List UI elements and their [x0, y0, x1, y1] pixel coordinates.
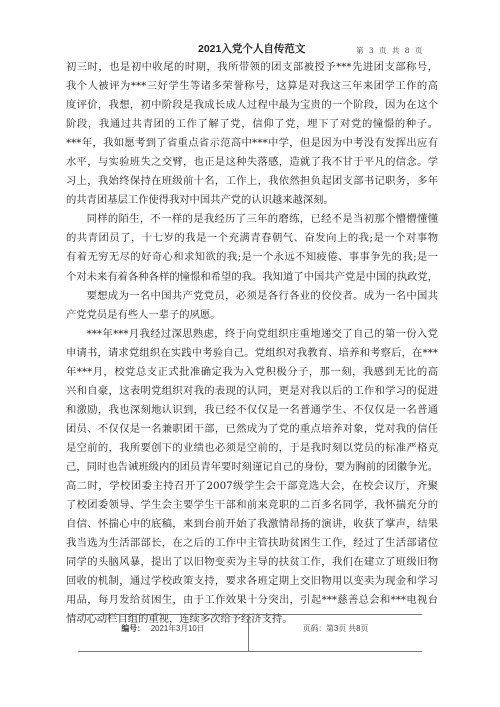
body-text-line: 个对未来有着各种各样的憧憬和希望的我。我知道了中国共产党是中国的执政党，: [66, 268, 438, 287]
body-text-line: 的共青团员了，十七岁的我是一个充满青春朝气、奋发向上的我;是一个对事物: [66, 229, 438, 248]
body-text-line: 产党党员是有些人一辈子的夙愿。: [66, 306, 438, 325]
body-text-line: 回收的机制，通过学校政策支持，要求各班定期上交旧物用以变卖为现金和学习: [66, 572, 438, 591]
page-indicator: 第 3 页 共 8 页: [356, 45, 424, 56]
body-text-line: 度评价，我想，初中阶段是我成长成人过程中最为宝贵的一个阶段，因为在这个: [66, 96, 438, 115]
document-title: 2021入党个人自传范文: [198, 41, 305, 56]
footer-table: 编号：2021年3月10日 页码：第3页 共8页: [78, 614, 422, 652]
body-text-line: 同样的陌生，不一样的是我经历了三年的磨练，已经不是当初那个懵懵懂懂: [66, 210, 438, 229]
footer-number-cell: 编号：2021年3月10日: [78, 615, 249, 651]
body-text-line: 有着无穷无尽的好奇心和求知欲的我;是一个永远不知疲倦、事事争先的我;是一: [66, 248, 438, 267]
body-text-line: 和激励，我也深刻地认识到，我已经不仅仅是一名普通学生、不仅仅是一名普通: [66, 401, 438, 420]
body-text-line: 是空前的，我所要创下的业绩也必须是空前的，于是我时刻以党员的标准严格克: [66, 439, 438, 458]
body-text-line: ***年***月我经过深思熟虑，终于向党组织庄重地递交了自己的第一份入党: [66, 325, 438, 344]
body-text-line: 自信、怀揣心中的底稿，来到台前开始了我激情昂扬的演讲，收获了掌声，结果: [66, 515, 438, 534]
body-text-line: 我个人被评为***三好学生等诸多荣誉称号，这算是对我这三年来团学工作的高: [66, 77, 438, 96]
body-text-line: 年***月，校党总支正式批准确定我为入党积极分子，那一刻，我感到无比的高: [66, 363, 438, 382]
page-header: 2021入党个人自传范文 第 3 页 共 8 页: [0, 0, 500, 56]
body-text-line: 了校团委领导、学生会主要学生干部和前来竞职的二百多名同学，我怀揣充分的: [66, 496, 438, 515]
body-text-line: 阶段，我通过共青团的工作了解了党，信仰了党，埋下了对党的憧憬的种子。: [66, 115, 438, 134]
body-text-line: 初三时，也是初中收尾的时期，我所带领的团支部被授予***先进团支部称号，: [66, 58, 438, 77]
footer-page-cell: 页码：第3页 共8页: [249, 615, 422, 651]
body-text-line: ***年，我如愿考到了省重点省示范高中***中学，但是因为中考没有发挥出应有: [66, 134, 438, 153]
body-text-line: 团员、不仅仅是一名兼职团干部，已然成为了党的重点培养对象，党对我的信任: [66, 420, 438, 439]
body-text-line: 用品，每月发给贫困生，由于工作效果十分突出，引起***慈善总会和***电视台: [66, 591, 438, 610]
body-text-line: 水平，与实验班失之交臂，也正是这种失落感，造就了我不甘于平凡的信念。学: [66, 153, 438, 172]
body-text-line: 的共青团基层工作使得我对中国共产党的认识越来越深刻。: [66, 191, 438, 210]
body-text-line: 己，同时也告诫班级内的团员青年要时刻谨记自己的身份，要为胸前的团徽争光。: [66, 458, 438, 477]
body-text-line: 我当选为生活部部长，在之后的工作中主管扶助贫困生工作，经过了生活部诸位: [66, 534, 438, 553]
body-text-line: 申请书，请求党组织在实践中考验自己。党组织对我教育、培养和考察后，在***: [66, 344, 438, 363]
body-text-line: 高二时，学校团委主持召开了2007级学生会干部竞选大会，在校会议厅，齐聚: [66, 477, 438, 496]
footer-number-label: 编号：: [121, 624, 144, 633]
footer-number-value: 2021年3月10日: [151, 624, 205, 633]
body-text-line: 同学的头脑风暴，提出了以旧物变卖为主导的扶贫工作，我们在建立了班级旧物: [66, 553, 438, 572]
footer-page-value: 第3页 共8页: [326, 624, 368, 633]
document-body: 初三时，也是初中收尾的时期，我所带领的团支部被授予***先进团支部称号，我个人被…: [66, 58, 438, 629]
footer-page-label: 页码：: [303, 624, 326, 633]
body-text-line: 要想成为一名中国共产党党员，必须是各行各业的佼佼者。成为一名中国共: [66, 287, 438, 306]
body-text-line: 习上，我始终保持在班级前十名，工作上，我依然担负起团支部书记职务，多年: [66, 172, 438, 191]
body-text-line: 兴和自豪，这表明党组织对我的表现的认同，更是对我以后的工作和学习的促进: [66, 382, 438, 401]
